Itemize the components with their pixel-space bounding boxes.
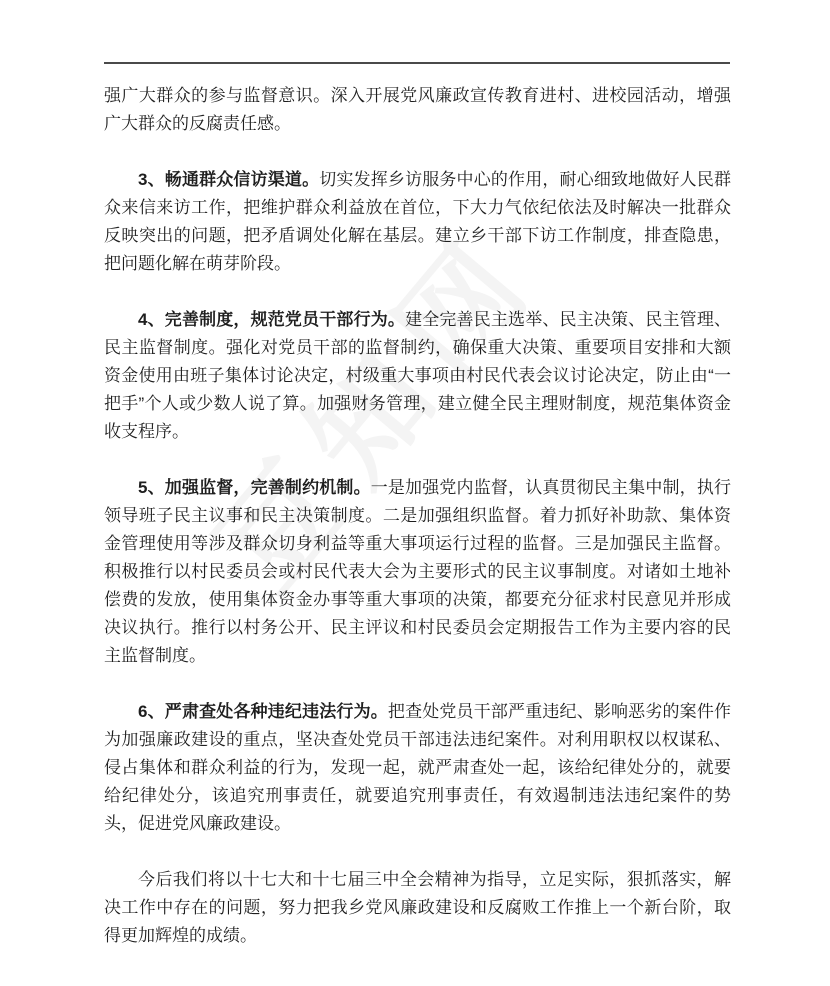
- paragraph-item-5: 5、加强监督，完善制约机制。一是加强党内监督，认真贯彻民主集中制，执行领导班子民…: [104, 474, 731, 670]
- paragraph-lead: 6、严肃查处各种违纪违法行为。: [138, 702, 388, 721]
- paragraph-lead: 3、畅通群众信访渠道。: [138, 170, 319, 189]
- paragraph-item-4: 4、完善制度，规范党员干部行为。建全完善民主选举、民主决策、民主管理、民主监督制…: [104, 306, 731, 446]
- paragraph-item-6: 6、严肃查处各种违纪违法行为。把查处党员干部严重违纪、影响恶劣的案件作为加强廉政…: [104, 698, 731, 838]
- document-page: 豆知网 强广大群众的参与监督意识。深入开展党风廉政宣传教育进村、进校园活动，增强…: [0, 0, 830, 986]
- header-rule: [104, 62, 730, 64]
- paragraph-text: 建全完善民主选举、民主决策、民主管理、民主监督制度。强化对党员干部的监督制约，确…: [104, 310, 731, 441]
- paragraph-text: 强广大群众的参与监督意识。深入开展党风廉政宣传教育进村、进校园活动，增强广大群众…: [104, 86, 731, 133]
- document-body: 强广大群众的参与监督意识。深入开展党风廉政宣传教育进村、进校园活动，增强广大群众…: [104, 82, 731, 950]
- paragraph-lead: 4、完善制度，规范党员干部行为。: [138, 310, 405, 329]
- paragraph-text: 今后我们将以十七大和十七届三中全会精神为指导，立足实际，狠抓落实，解决工作中存在…: [104, 870, 731, 945]
- paragraph-text: 把查处党员干部严重违纪、影响恶劣的案件作为加强廉政建设的重点，坚决查处党员干部违…: [104, 702, 731, 833]
- paragraph-item-3: 3、畅通群众信访渠道。切实发挥乡访服务中心的作用，耐心细致地做好人民群众来信来访…: [104, 166, 731, 278]
- paragraph-continuation: 强广大群众的参与监督意识。深入开展党风廉政宣传教育进村、进校园活动，增强广大群众…: [104, 82, 731, 138]
- paragraph-lead: 5、加强监督，完善制约机制。: [138, 478, 371, 497]
- paragraph-text: 一是加强党内监督，认真贯彻民主集中制，执行领导班子民主议事和民主决策制度。二是加…: [104, 478, 731, 665]
- paragraph-closing: 今后我们将以十七大和十七届三中全会精神为指导，立足实际，狠抓落实，解决工作中存在…: [104, 866, 731, 950]
